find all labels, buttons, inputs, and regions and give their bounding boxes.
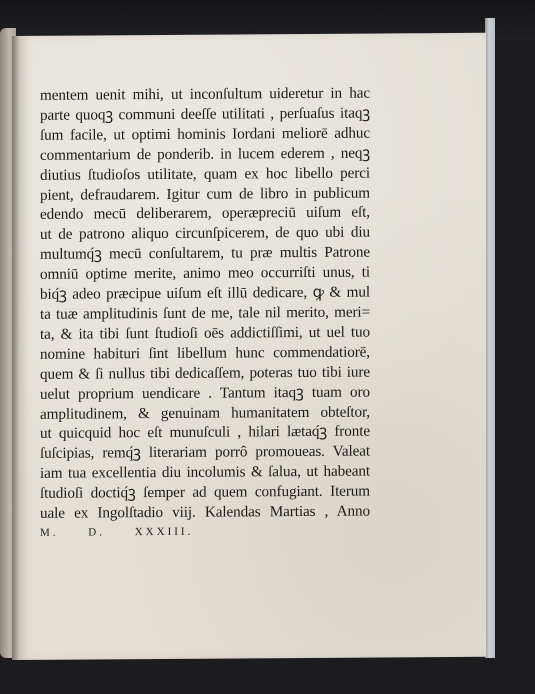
text-line: ut quicquid hoc eſt munuſculi , hilari l… [40,422,370,444]
text-line: ta, & ita tibi ſunt ſtudioſi oēs addicti… [40,322,370,344]
text-line: ſum facile, ut optimi hominis Iordani me… [40,123,370,145]
binding-gutter [12,36,20,660]
text-line: pient, defraudarem. Igitur cum de libro … [40,183,370,205]
text-line: ſuſcipias, remq́ꝫ literariam porrô promo… [40,442,370,464]
text-line: ta tuæ amplitudinis ſunt de me, tale nil… [40,302,370,324]
text-line: parte quoqꝫ communi deeſſe utilitati , p… [40,103,370,125]
text-line: ut de patrono aliquo circunſpicerem, de … [40,223,370,245]
date-roman-d: D. [88,526,105,538]
page-fore-edge [485,18,495,658]
book-page: mentem uenit mihi, ut inconſultum uidere… [16,33,486,660]
date-roman-m: M. [40,527,59,539]
text-line: ſtudioſi doctiq́ꝫ ſemper ad quem confugi… [40,482,370,504]
text-line: uelut proprium uendicare . Tantum itaqꝫ … [40,382,370,404]
text-line: multumq́ꝫ mecū conſultarem, tu præ multi… [40,243,370,265]
text-line: biq́ꝫ adeo præcipue uiſum eſt illū dedic… [40,283,370,305]
text-line: mentem uenit mihi, ut inconſultum uidere… [40,84,370,106]
text-line: uale ex Ingolſtadio viij. Kalendas Marti… [40,502,370,524]
date-roman-xxxiii: XXXIII. [135,526,194,538]
text-line: iam tua excellentia diu incolumis & ſalu… [40,462,370,484]
text-line: diutius ſtudioſos utilitate, quam ex hoc… [40,163,370,185]
text-line: nomine habituri ſint libellum hunc comme… [40,342,370,364]
text-line: omniū optime merite, animo meo occurriſt… [40,263,370,285]
text-line: edendo mecū deliberarem, operæpreciū uiſ… [40,203,370,225]
text-line: amplitudinem, & genuinam humanitatem obt… [40,402,370,424]
date-line: M. D. XXXIII. [40,521,370,543]
text-line: quem & ſi nullus tibi dedicaſſem, potera… [40,362,370,384]
text-line: commentarium de ponderib. in lucem edere… [40,143,370,165]
dedication-text: mentem uenit mihi, ut inconſultum uidere… [40,84,370,544]
